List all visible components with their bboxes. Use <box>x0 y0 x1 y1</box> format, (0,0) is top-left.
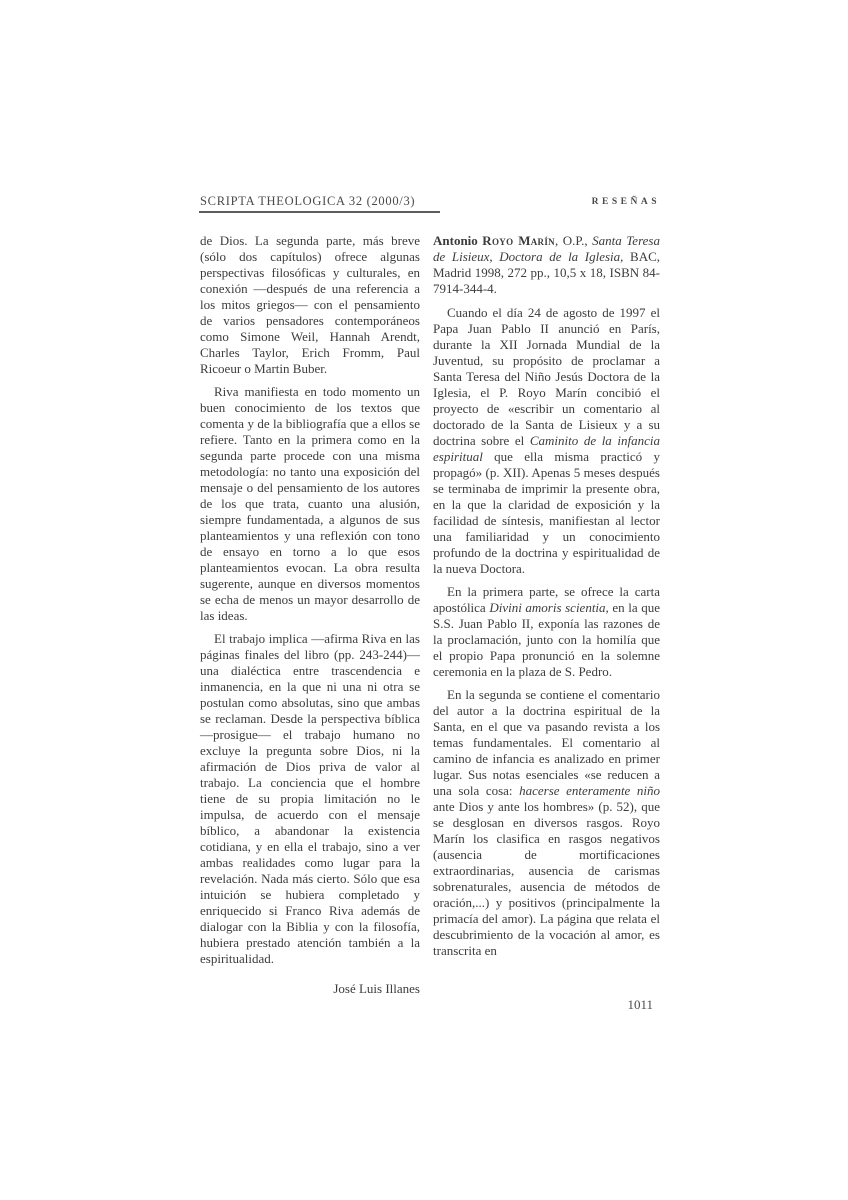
review-paragraph: de Dios. La segunda parte, más breve (só… <box>200 233 420 377</box>
reviewer-signature: José Luis Illanes <box>200 981 420 997</box>
book-citation: Antonio Royo Marín, O.P., Santa Teresa d… <box>433 233 660 297</box>
right-column: Antonio Royo Marín, O.P., Santa Teresa d… <box>433 233 660 966</box>
review-paragraph: Riva manifiesta en todo momento un buen … <box>200 384 420 624</box>
review-paragraph: El trabajo implica —afirma Riva en las p… <box>200 631 420 967</box>
review-paragraph: En la primera parte, se ofrece la carta … <box>433 584 660 680</box>
header-rule <box>199 211 440 213</box>
journal-page: SCRIPTA THEOLOGICA 32 (2000/3) RESEÑAS d… <box>0 0 848 1200</box>
journal-title: SCRIPTA THEOLOGICA 32 (2000/3) <box>200 194 415 209</box>
page-number: 1011 <box>627 997 653 1013</box>
review-paragraph: En la segunda se contiene el comentario … <box>433 687 660 959</box>
review-paragraph: Cuando el día 24 de agosto de 1997 el Pa… <box>433 305 660 577</box>
section-label: RESEÑAS <box>592 197 660 207</box>
left-column: de Dios. La segunda parte, más breve (só… <box>200 233 420 997</box>
